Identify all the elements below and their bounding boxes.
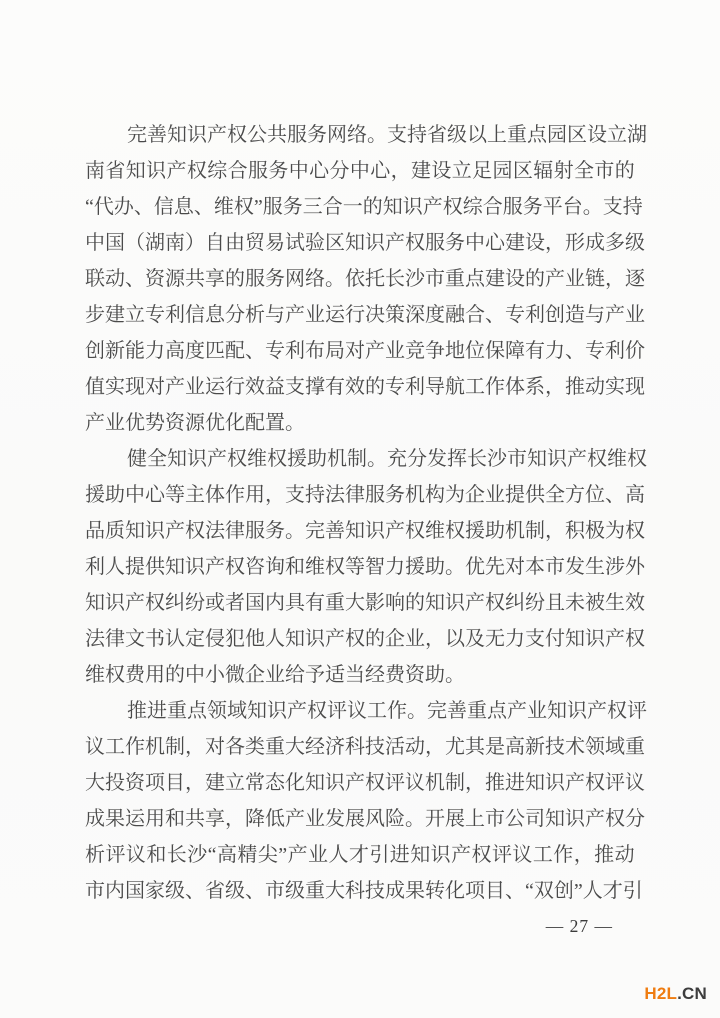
text-line: 大投资项目，建立常态化知识产权评议机制，推进知识产权评议 xyxy=(85,765,635,801)
text-line: 知识产权纠纷或者国内具有重大影响的知识产权纠纷且未被生效 xyxy=(85,585,635,621)
text-line: 议工作机制，对各类重大经济科技活动，尤其是高新技术领域重 xyxy=(85,729,635,765)
text-line: 成果运用和共享，降低产业发展风险。开展上市公司知识产权分 xyxy=(85,801,635,837)
text-line: 品质知识产权法律服务。完善知识产权维权援助机制，积极为权 xyxy=(85,513,635,549)
text-line: 市内国家级、省级、市级重大科技成果转化项目、“双创”人才引 xyxy=(85,873,635,909)
watermark-secondary: .CN xyxy=(677,984,707,1003)
document-body: 完善知识产权公共服务网络。支持省级以上重点园区设立湖南省知识产权综合服务中心分中… xyxy=(85,117,635,909)
watermark-primary: H2L xyxy=(644,984,677,1003)
text-line: 值实现对产业运行效益支撑有效的专利导航工作体系，推动实现 xyxy=(85,369,635,405)
text-line: 中国（湖南）自由贸易试验区知识产权服务中心建设，形成多级 xyxy=(85,225,635,261)
text-line: 健全知识产权维权援助机制。充分发挥长沙市知识产权维权 xyxy=(85,441,635,477)
text-line: 援助中心等主体作用，支持法律服务机构为企业提供全方位、高 xyxy=(85,477,635,513)
paragraph: 推进重点领域知识产权评议工作。完善重点产业知识产权评议工作机制，对各类重大经济科… xyxy=(85,693,635,909)
text-line: 完善知识产权公共服务网络。支持省级以上重点园区设立湖 xyxy=(85,117,635,153)
page-number: — 27 — xyxy=(85,916,613,937)
text-line: 产业优势资源优化配置。 xyxy=(85,405,635,441)
text-line: 析评议和长沙“高精尖”产业人才引进知识产权评议工作，推动 xyxy=(85,837,635,873)
text-line: 利人提供知识产权咨询和维权等智力援助。优先对本市发生涉外 xyxy=(85,549,635,585)
paragraph: 完善知识产权公共服务网络。支持省级以上重点园区设立湖南省知识产权综合服务中心分中… xyxy=(85,117,635,441)
text-line: 联动、资源共享的服务网络。依托长沙市重点建设的产业链，逐 xyxy=(85,261,635,297)
paragraph: 健全知识产权维权援助机制。充分发挥长沙市知识产权维权援助中心等主体作用，支持法律… xyxy=(85,441,635,693)
text-line: 法律文书认定侵犯他人知识产权的企业，以及无力支付知识产权 xyxy=(85,621,635,657)
text-line: 步建立专利信息分析与产业运行决策深度融合、专利创造与产业 xyxy=(85,297,635,333)
text-line: 创新能力高度匹配、专利布局对产业竞争地位保障有力、专利价 xyxy=(85,333,635,369)
document-page: 完善知识产权公共服务网络。支持省级以上重点园区设立湖南省知识产权综合服务中心分中… xyxy=(0,0,720,1018)
text-line: 维权费用的中小微企业给予适当经费资助。 xyxy=(85,657,635,693)
watermark: H2L.CN xyxy=(644,984,707,1004)
text-line: 南省知识产权综合服务中心分中心，建设立足园区辐射全市的 xyxy=(85,153,635,189)
text-line: 推进重点领域知识产权评议工作。完善重点产业知识产权评 xyxy=(85,693,635,729)
text-line: “代办、信息、维权”服务三合一的知识产权综合服务平台。支持 xyxy=(85,189,635,225)
